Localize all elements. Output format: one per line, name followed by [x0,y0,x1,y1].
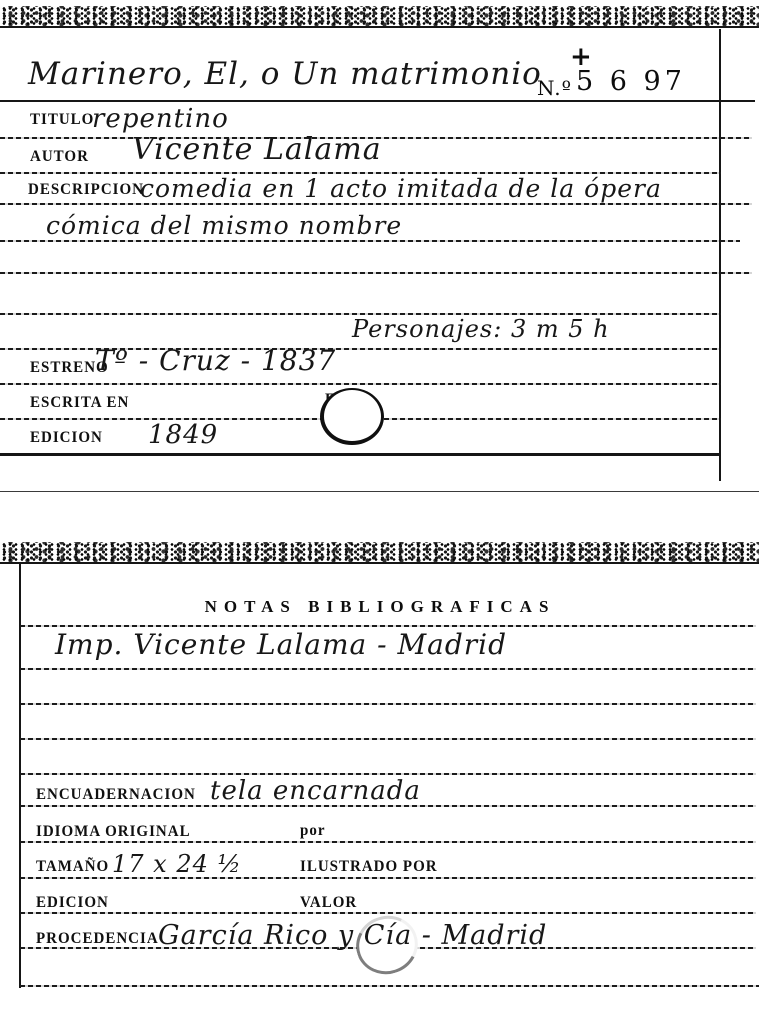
field-label-idioma-original: IDIOMA ORIGINAL [36,823,191,841]
field-value-procedencia: García Rico y Cía - Madrid [158,920,547,951]
field-value-autor: Vicente Lalama [132,132,382,167]
field-label-edicion-back: EDICION [36,894,109,912]
field-label-titulo: TITULO [30,111,94,129]
card-right-border [719,29,721,481]
catalog-number: 5 6 97 [576,66,686,97]
field-label-escrita-en: ESCRITA EN [30,394,129,412]
card-bottom-edge [0,491,759,492]
ruled-line [0,240,740,242]
ruled-line [20,773,756,775]
ruled-line [0,100,755,102]
field-value-descripcion-line1: comedia en 1 acto imitada de la ópera [140,174,662,203]
catalog-number-label: N.º [537,76,572,100]
ruled-line [20,738,756,740]
field-label-ilustrado-por: ILUSTRADO POR [300,858,438,876]
field-label-descripcion: DESCRIPCION [28,181,144,199]
imprint-note: Imp. Vicente Lalama - Madrid [55,628,507,661]
field-label-por: por [300,822,326,840]
field-label-encuadernacion: ENCUADERNACION [36,786,196,804]
torn-edge-top [0,6,759,28]
ruled-line [20,625,756,627]
field-value-edicion: 1849 [148,420,218,450]
notas-bibliograficas-header: NOTAS BIBLIOGRAFICAS [20,597,740,617]
ruled-line [0,453,721,456]
field-label-autor: AUTOR [30,148,89,166]
field-value-encuadernacion: tela encarnada [210,776,421,806]
field-value-tamano: 17 x 24 ½ [112,850,242,878]
field-label-procedencia: PROCEDENCIA [36,930,159,948]
hole-punch-mark [320,388,384,445]
field-value-estreno: Tº - Cruz - 1837 [95,344,336,377]
field-label-tamano: TAMAÑO [36,858,109,876]
scanned-catalog-card-page: Marinero, El, o Un matrimonio + N.º 5 6 … [0,0,759,1028]
ruled-line [0,203,752,205]
card-left-border [19,564,21,988]
ruled-line [20,668,756,670]
ruled-line [20,985,759,987]
field-value-titulo: repentino [92,104,229,134]
ruled-line [20,912,756,914]
torn-edge-middle [0,542,759,564]
handwritten-title: Marinero, El, o Un matrimonio [28,56,542,92]
personajes-note: Personajes: 3 m 5 h [352,315,610,343]
ruled-line [0,383,721,385]
ruled-line [0,272,752,274]
field-value-descripcion-line2: cómica del mismo nombre [46,211,402,240]
field-label-edicion: EDICION [30,429,103,447]
ruled-line [20,841,756,843]
ruled-line [20,703,756,705]
field-label-valor: VALOR [300,894,357,912]
